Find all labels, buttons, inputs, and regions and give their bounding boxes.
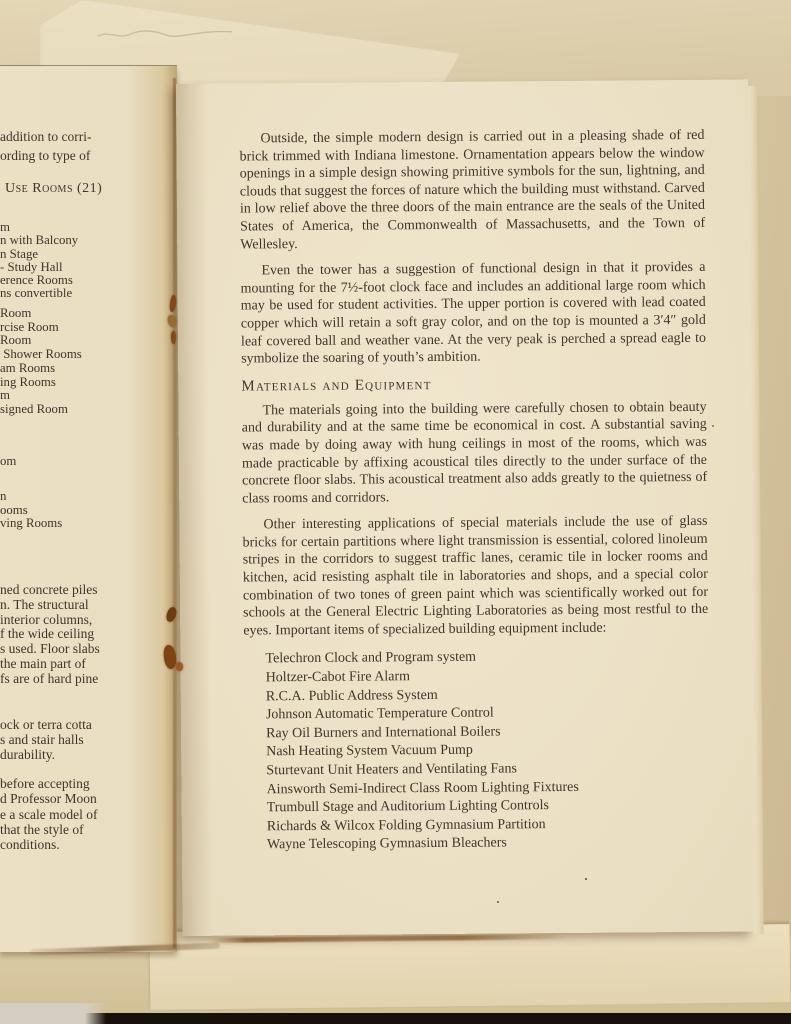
dust-speck xyxy=(712,425,714,427)
left-page-line: - Study Hall xyxy=(0,261,78,274)
right-page-text-block: Outside, the simple modern design is car… xyxy=(176,80,754,856)
paragraph-exterior-design: Outside, the simple modern design is car… xyxy=(239,127,705,254)
left-page-line: m xyxy=(0,389,82,403)
left-page-line: s used. Floor slabs xyxy=(0,642,100,657)
left-page-line: durability. xyxy=(0,747,92,762)
left-page-fragment-group: noomsving Rooms xyxy=(0,490,62,531)
left-page-paragraph-fragment: ned concrete pilesn. The structuralinter… xyxy=(0,583,100,687)
left-page-room-list-fragment: Roomrcise RoomRoom Shower Roomsam Roomsi… xyxy=(0,307,82,417)
left-page-room-list-fragment: mn with Balconyn Stage- Study Hallerence… xyxy=(0,221,78,301)
left-page-paragraph-fragment: before acceptingd Professor Moone a scal… xyxy=(0,776,97,852)
scan-corner-patch xyxy=(0,1003,106,1024)
left-page-line: s and stair halls xyxy=(0,732,92,747)
left-page-line: Use Rooms (21) xyxy=(5,181,102,197)
left-page-line: ving Rooms xyxy=(0,517,62,531)
left-page-line: m xyxy=(0,221,78,234)
left-page: addition to corri-ording to type of Use … xyxy=(0,66,177,952)
scan-bottom-shadow xyxy=(0,1013,791,1024)
equipment-list: Telechron Clock and Program systemHoltze… xyxy=(265,647,710,855)
left-page-line: Shower Rooms xyxy=(0,348,82,362)
left-page-line: Room xyxy=(0,307,82,321)
equipment-item: Wayne Telescoping Gymnasium Bleachers xyxy=(267,833,710,855)
left-page-line: ns convertible xyxy=(0,287,78,300)
left-page-line: ing Rooms xyxy=(0,376,82,390)
dust-speck xyxy=(497,901,499,903)
left-page-fragment-group: addition to corri-ording to type of xyxy=(0,127,91,165)
left-page-line: fs are of hard pine xyxy=(0,672,100,687)
left-page-line: Room xyxy=(0,334,82,348)
left-page-fragment-group: om xyxy=(0,455,16,469)
paragraph-materials: The materials going into the building we… xyxy=(242,399,708,508)
left-page-line: ording to type of xyxy=(0,146,91,165)
paragraph-tower: Even the tower has a suggestion of funct… xyxy=(240,259,706,368)
left-page-line: ned concrete piles xyxy=(0,583,100,598)
left-page-line: n with Balcony xyxy=(0,234,78,247)
gutter-crease xyxy=(173,78,176,948)
left-page-subheading-fragment: Use Rooms (21) xyxy=(0,181,102,197)
left-page-line: e a scale model of xyxy=(0,807,97,822)
left-page-line: d Professor Moon xyxy=(0,791,97,806)
left-page-line: erence Rooms xyxy=(0,274,78,287)
right-page: Outside, the simple modern design is car… xyxy=(176,80,755,936)
paragraph-special-materials: Other interesting applications of specia… xyxy=(242,513,708,640)
left-page-line: am Rooms xyxy=(0,362,82,376)
left-page-paragraph-fragment: ock or terra cottas and stair hallsdurab… xyxy=(0,717,92,762)
left-page-line: n xyxy=(0,490,62,504)
left-page-line: that the style of xyxy=(0,822,97,837)
left-page-line: conditions. xyxy=(0,837,97,852)
binding-stitch-mark xyxy=(176,662,183,671)
left-page-line: f the wide ceiling xyxy=(0,627,100,642)
left-page-line: the main part of xyxy=(0,657,100,672)
left-page-line: addition to corri- xyxy=(0,127,91,146)
left-page-line: before accepting xyxy=(0,776,97,791)
left-page-line: rcise Room xyxy=(0,321,82,335)
binding-stitch-mark xyxy=(171,331,176,344)
left-page-line: interior columns, xyxy=(0,613,100,628)
left-page-line: n Stage xyxy=(0,248,78,261)
left-page-line: ock or terra cotta xyxy=(0,717,92,732)
scanned-booklet-photo: addition to corri-ording to type of Use … xyxy=(0,0,791,1024)
left-page-line: ooms xyxy=(0,504,62,518)
left-page-line: om xyxy=(0,455,16,469)
left-page-line: signed Room xyxy=(0,403,82,417)
dust-speck xyxy=(585,878,587,880)
section-heading-materials-and-equipment: Materials and Equipment xyxy=(241,375,706,396)
left-page-line: n. The structural xyxy=(0,598,100,613)
